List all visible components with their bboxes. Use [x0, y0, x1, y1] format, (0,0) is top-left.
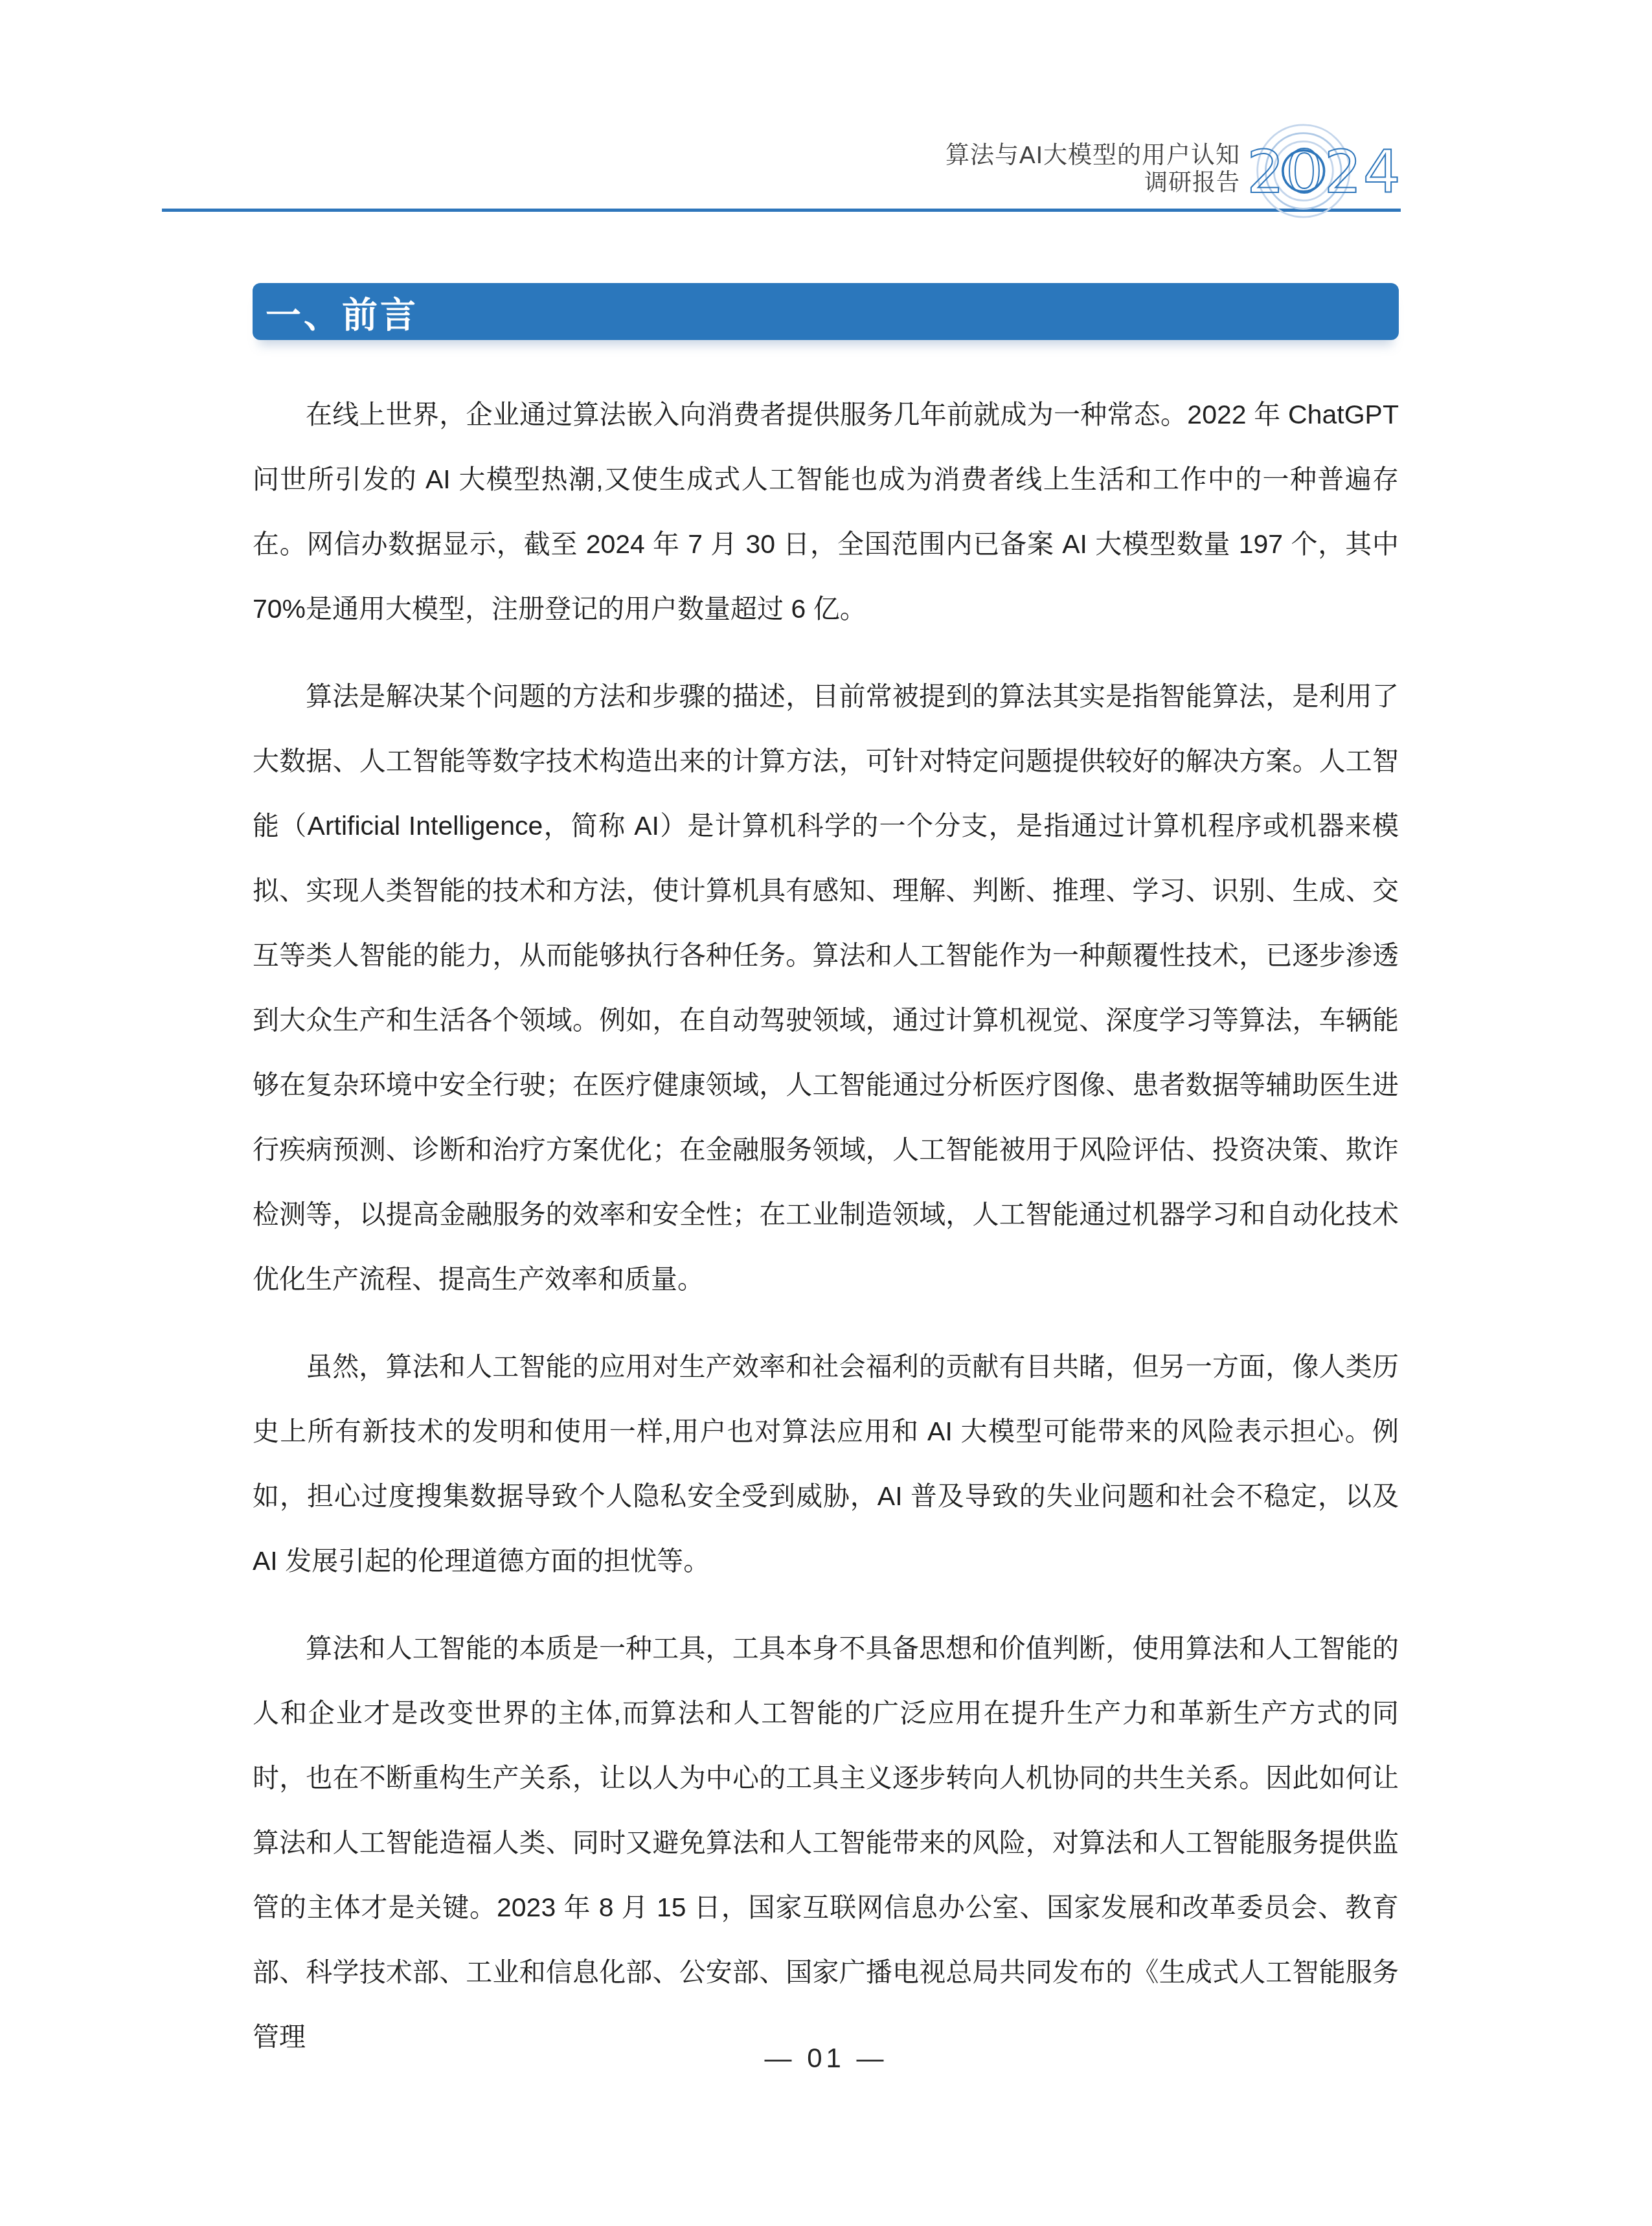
paragraph-1: 在线上世界，企业通过算法嵌入向消费者提供服务几年前就成为一种常态。2022 年 …: [253, 382, 1399, 641]
paragraph-2: 算法是解决某个问题的方法和步骤的描述，目前常被提到的算法其实是指智能算法，是利用…: [253, 664, 1399, 1312]
report-title: 算法与AI大模型的用户认知 调研报告: [945, 141, 1240, 196]
year-2024-logo: 2024: [1242, 118, 1401, 218]
year-text: 2024: [1247, 138, 1401, 207]
page-footer: — 01 —: [0, 2040, 1652, 2076]
report-title-line2: 调研报告: [945, 170, 1240, 196]
section-heading: 一、前言: [266, 286, 418, 337]
section-heading-banner: 一、前言: [253, 283, 1399, 340]
header-divider-line: [162, 209, 1401, 212]
body-text: 在线上世界，企业通过算法嵌入向消费者提供服务几年前就成为一种常态。2022 年 …: [253, 382, 1399, 2069]
paragraph-3: 虽然，算法和人工智能的应用对生产效率和社会福利的贡献有目共睹，但另一方面，像人类…: [253, 1334, 1399, 1593]
report-title-line1: 算法与AI大模型的用户认知: [945, 141, 1240, 170]
paragraph-4: 算法和人工智能的本质是一种工具，工具本身不具备思想和价值判断，使用算法和人工智能…: [253, 1616, 1399, 2069]
report-page: 算法与AI大模型的用户认知 调研报告 2024 一、前言 在线上世界，企业通过算…: [0, 0, 1652, 2226]
page-number: — 01 —: [764, 2043, 887, 2073]
